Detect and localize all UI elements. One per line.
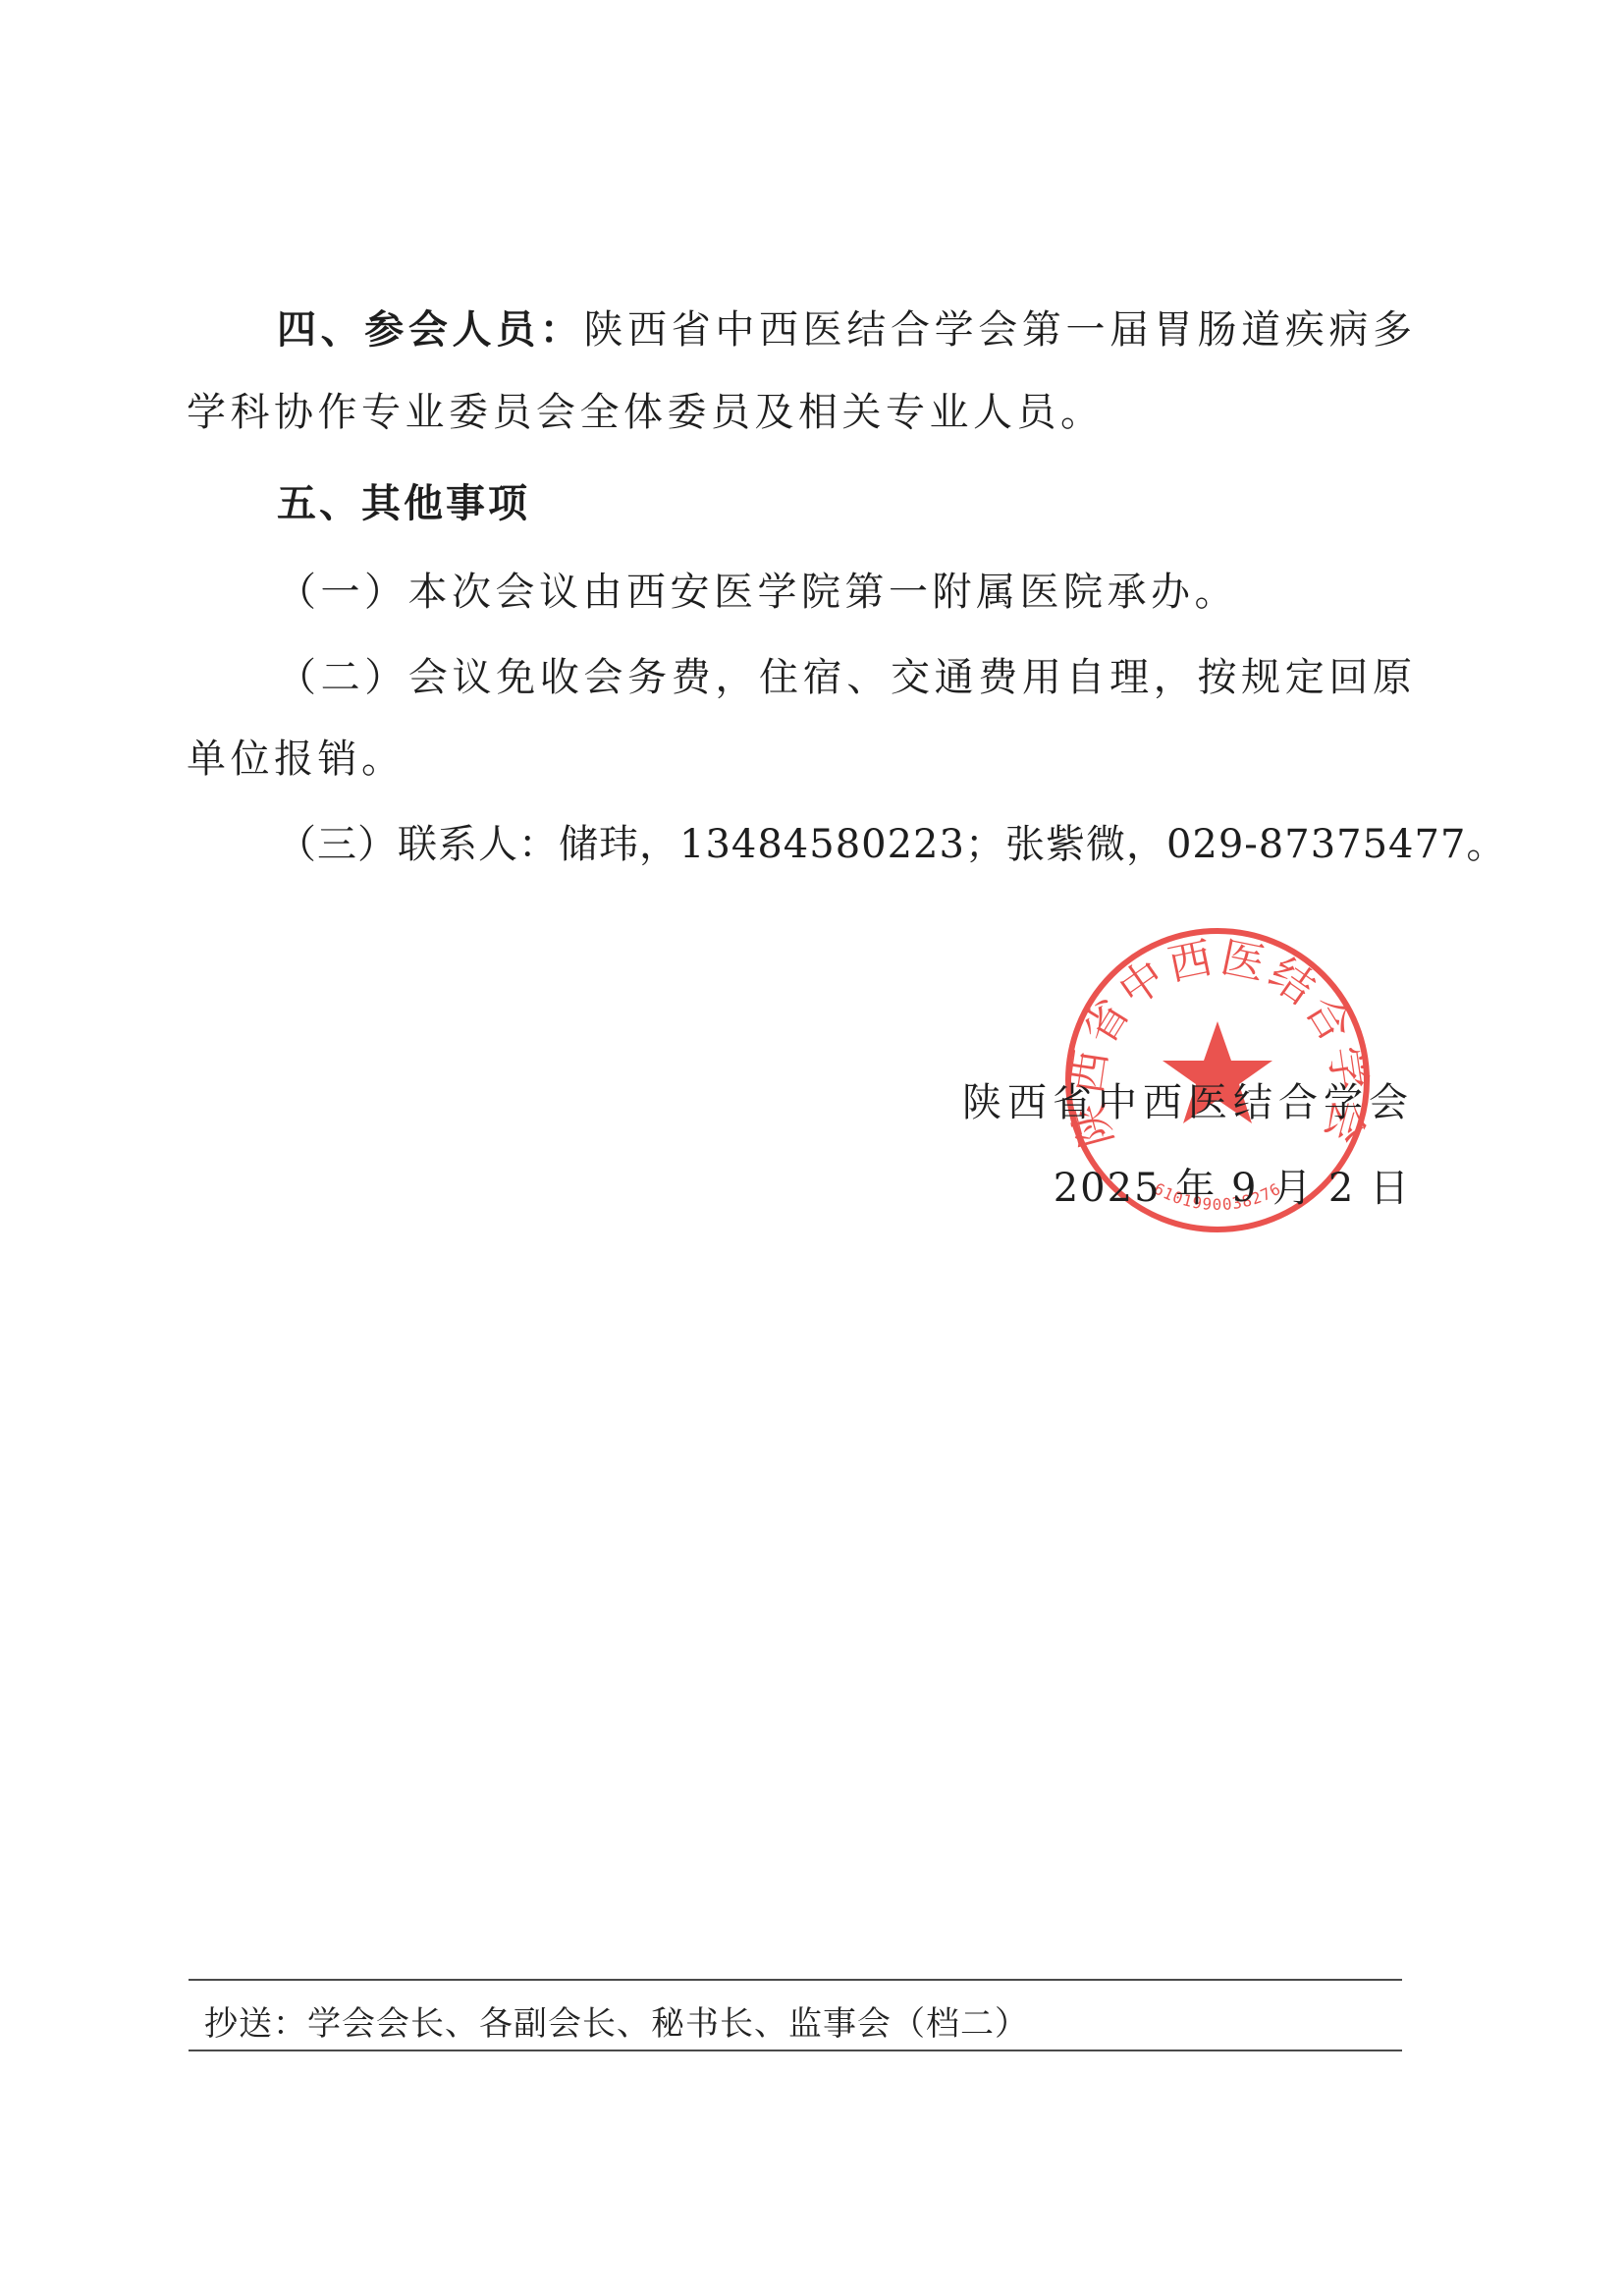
section5-item3-contacts: （三）联系人：储玮，13484580223；张紫微，029-87375477。 — [277, 821, 1506, 868]
section4-line1: 四、参会人员：陕西省中西医结合学会第一届胃肠道疾病多 — [277, 306, 1412, 354]
section4-heading: 四、参会人员： — [277, 307, 583, 353]
section5-heading: 五、其他事项 — [277, 480, 530, 527]
section5-item2-line1: （二）会议免收会务费，住宿、交通费用自理，按规定回原 — [277, 654, 1412, 701]
footer-top-rule — [189, 1979, 1402, 1981]
section5-item1: （一）本次会议由西安医学院第一附属医院承办。 — [277, 569, 1238, 616]
signature-organization: 陕西省中西医结合学会 — [962, 1079, 1414, 1126]
section4-line2: 学科协作专业委员会全体委员及相关专业人员。 — [187, 389, 1105, 436]
section5-item2-line2: 单位报销。 — [187, 736, 406, 783]
footer-cc: 抄送：学会会长、各副会长、秘书长、监事会（档二） — [204, 2003, 1029, 2045]
section4-text-part1: 陕西省中西医结合学会第一届胃肠道疾病多 — [583, 307, 1412, 353]
signature-date: 2025 年 9 月 2 日 — [1054, 1165, 1411, 1212]
footer-bottom-rule — [189, 2050, 1402, 2051]
